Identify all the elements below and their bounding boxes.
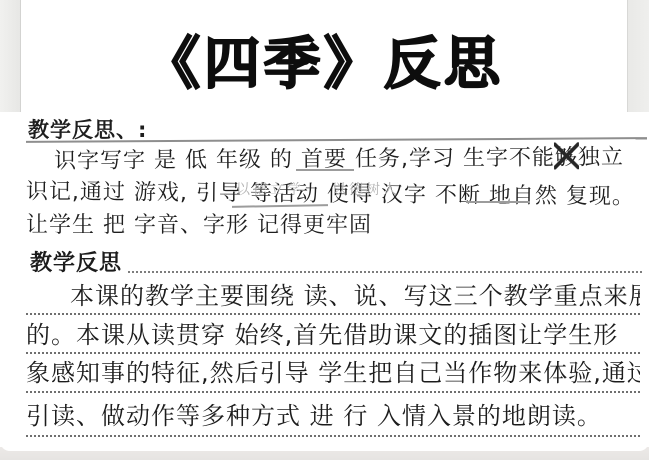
watermark-phrase: 以德立学 (236, 179, 304, 199)
section-heading-teaching-reflection-2: 教学反思 (30, 246, 122, 277)
watermark-text: 以德立学 以德树人 (236, 179, 400, 199)
line-text: 独立 (578, 145, 624, 170)
handwritten-line: 象感知事的特征,然后引导 学生把自己当作物来体验,通过 (26, 358, 640, 393)
scan-edge-right (627, 0, 649, 112)
page-bottom-edge (0, 441, 649, 451)
baseline-fragment (466, 201, 530, 203)
handwritten-line: 的。本课从读贯穿 始终,首先借助课文的插图让学生形 (26, 320, 640, 354)
dotted-rule (128, 271, 642, 273)
crossed-out-character: 够 (555, 140, 578, 171)
page-title: 《四季》反思 (24, 20, 624, 100)
title-card: 《四季》反思 (0, 0, 649, 113)
scan-edge-left (0, 0, 21, 112)
section-heading-row: 教学反思 (30, 246, 642, 277)
watermark-phrase: 以德树人 (332, 179, 400, 199)
baseline-fragment (296, 169, 354, 171)
handwritten-line: 让学生 把 字音、字形 记得更牢固 (26, 208, 372, 239)
handwritten-line: 引读、做动作等多种方式 进 行 入情入景的地朗读。 (26, 400, 640, 437)
scanned-note-page: 《四季》反思 教学反思、: 识字写字 是 低 年级 的 首要 任务,学习 生字不… (0, 0, 649, 460)
handwritten-line: 本课的教学主要围绕 读、说、写这三个教学重点来展开 (26, 281, 640, 315)
